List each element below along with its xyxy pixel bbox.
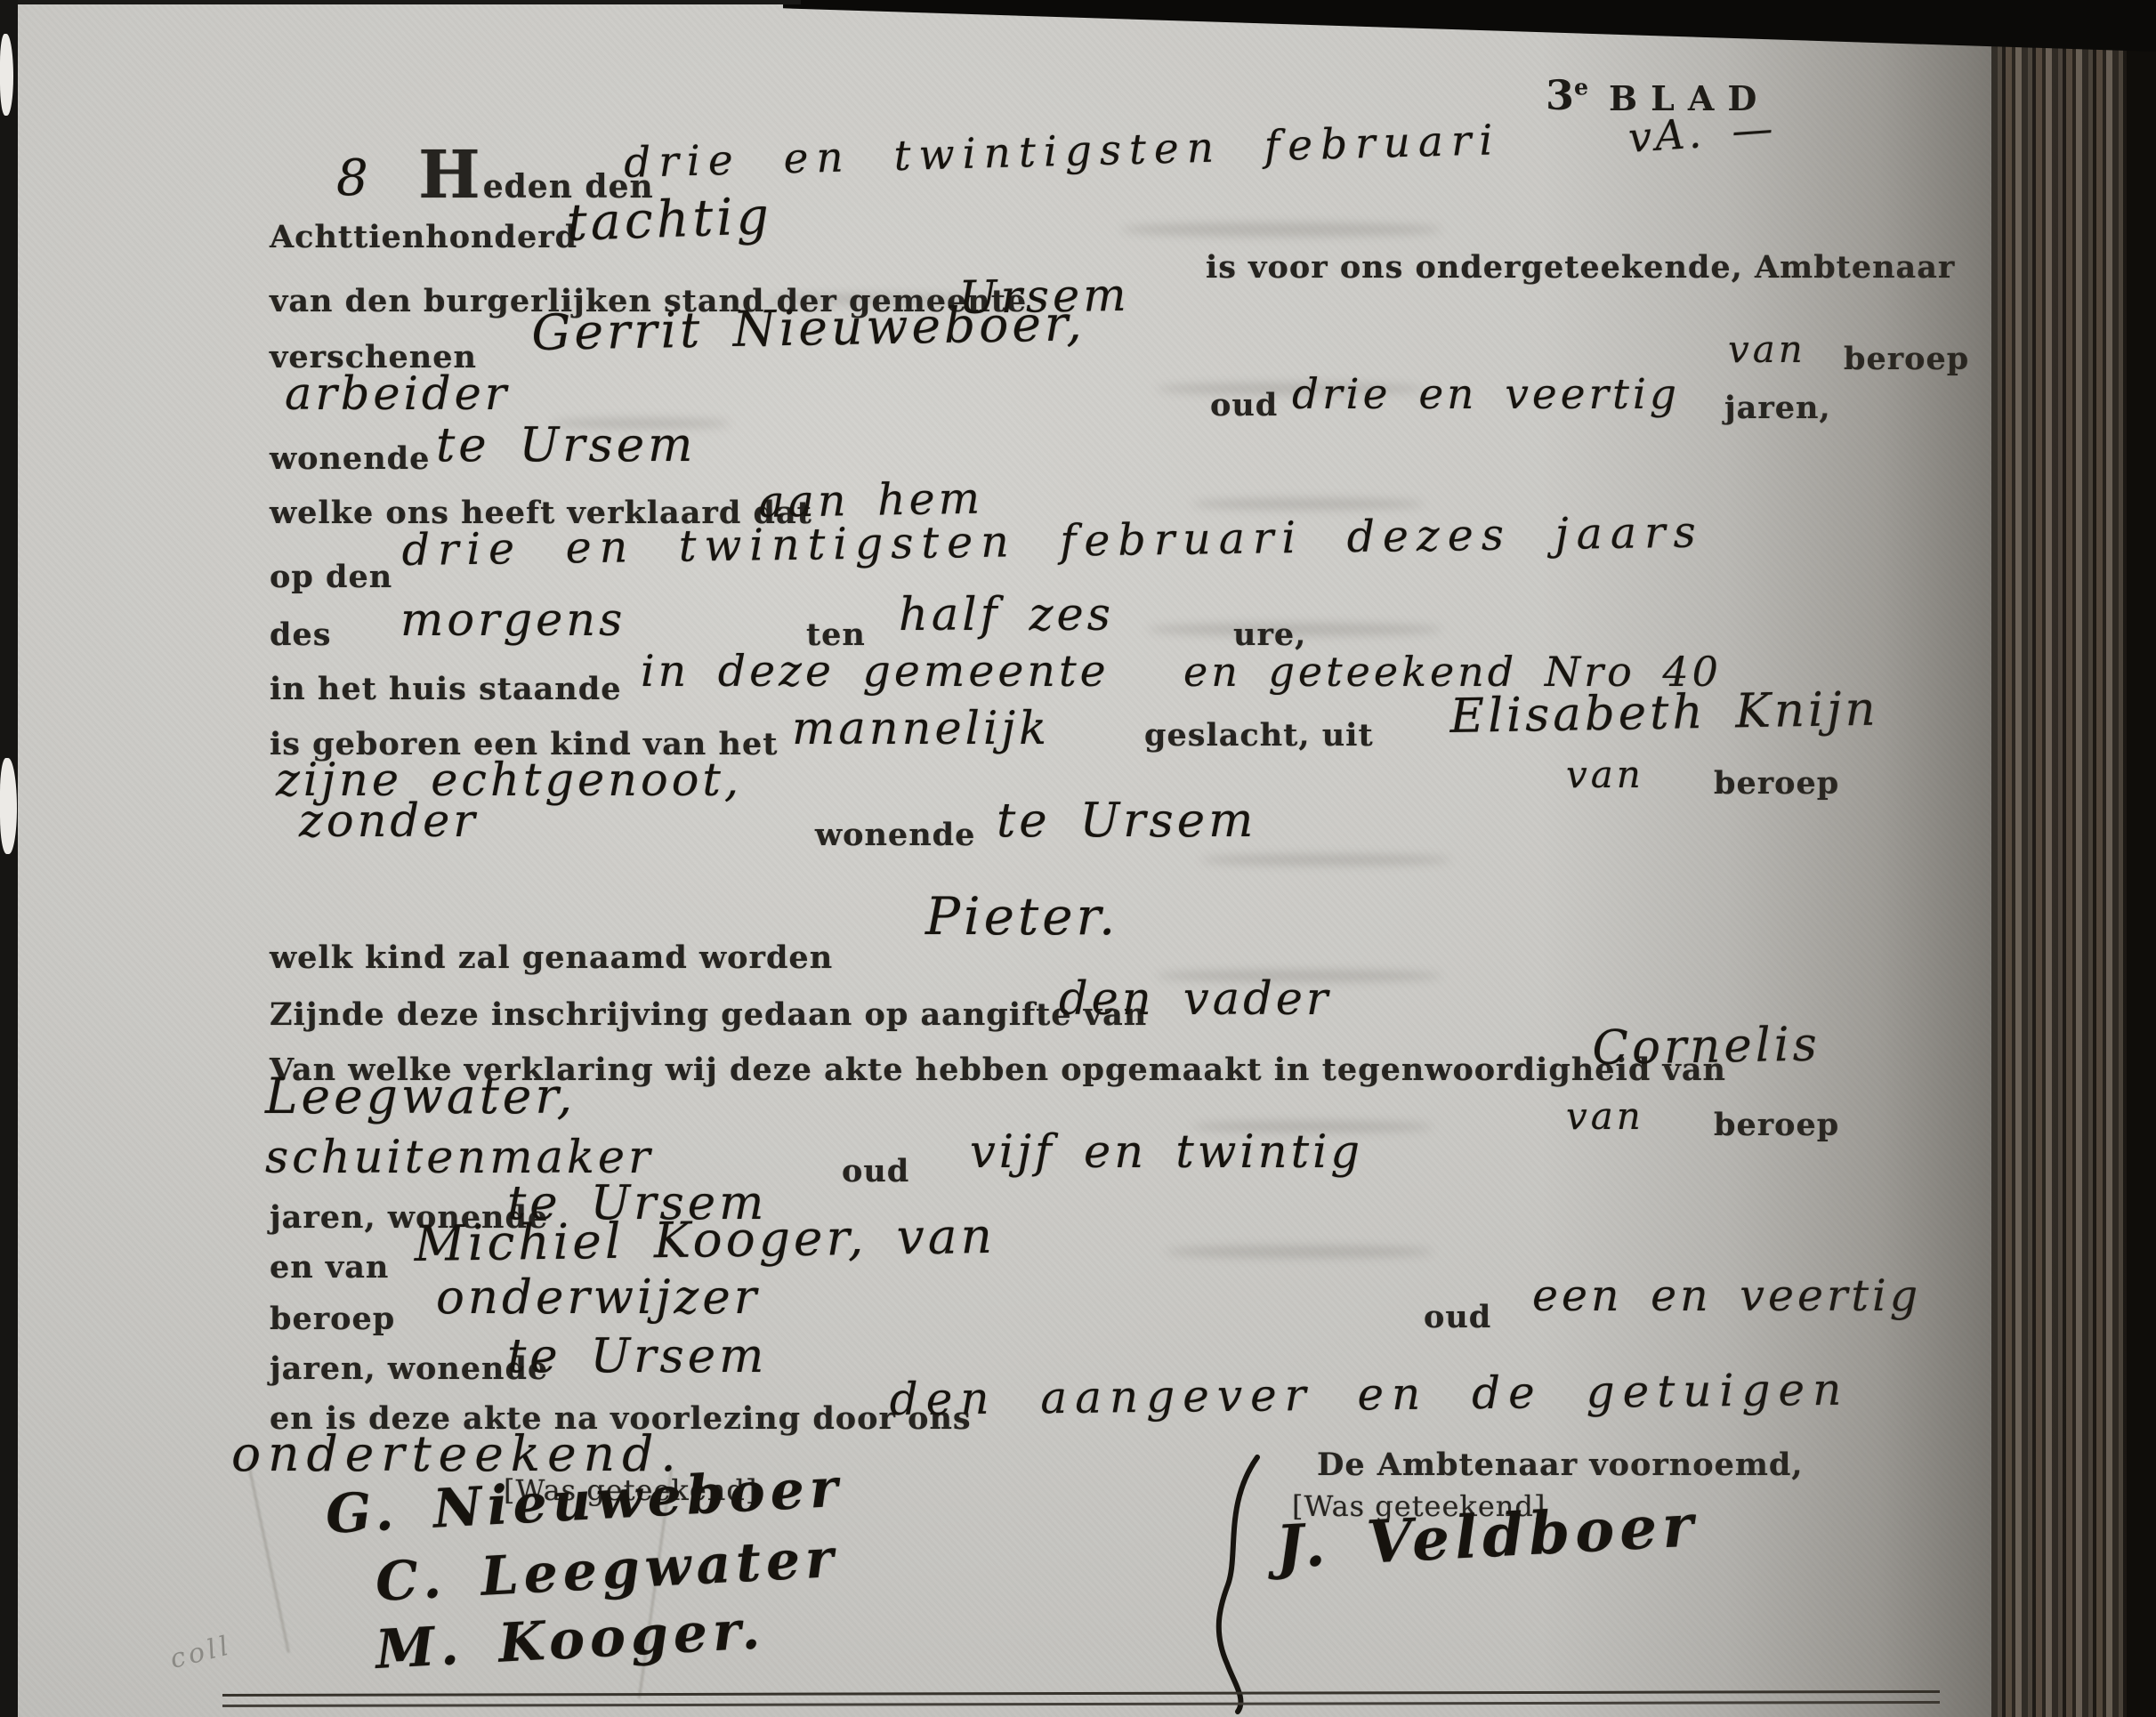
entry-house-location: in deze gemeente — [641, 646, 1110, 697]
entry-declarant-occupation: arbeider — [285, 368, 510, 421]
entry-mother-residence: te Ursem — [997, 794, 1256, 848]
entry-mother-occupation: zonder — [299, 795, 479, 848]
entry-witness2-name: Michiel Kooger, van — [414, 1207, 996, 1272]
entry-declarant-age: drie en veertig — [1292, 370, 1680, 419]
print-beroep: beroep — [1714, 765, 1839, 802]
print-achttienhonderd: Achttienhonderd — [270, 219, 577, 255]
entry-child-gender: mannelijk — [792, 703, 1050, 755]
entry-aangever: den vader — [1059, 973, 1331, 1026]
print-oud: oud — [1210, 387, 1278, 423]
print-wonende: wonende — [815, 817, 975, 853]
entry-declarant-name: Gerrit Nieuweboer, — [531, 294, 1086, 361]
act-number: 8 — [336, 149, 372, 207]
sheet-number-label: 3e — [1546, 71, 1588, 119]
print-geslacht-uit: geslacht, uit — [1144, 717, 1374, 754]
entry-declarant-residence: te Ursem — [436, 418, 696, 472]
entry-van: van — [1566, 1094, 1644, 1138]
print-oud: oud — [842, 1153, 909, 1189]
print-is-voor-ons: is voor ons ondergeteekende, Ambtenaar — [1206, 249, 1955, 286]
print-beroep: beroep — [1844, 341, 1969, 377]
entry-year: tachtig — [566, 187, 773, 253]
entry-witness2-residence: te Ursem — [507, 1329, 767, 1383]
sheet-number: 3 — [1546, 71, 1574, 119]
sheet-ordinal: e — [1574, 74, 1588, 101]
paper-tear — [0, 34, 13, 116]
right-dark-edge — [2127, 0, 2156, 1717]
entry-van: van — [1566, 753, 1644, 796]
signature-brace — [1188, 1452, 1295, 1714]
print-beroep: beroep — [1714, 1107, 1839, 1143]
print-oud: oud — [1424, 1299, 1491, 1335]
entry-daypart: morgens — [400, 594, 626, 647]
print-op-den: op den — [270, 559, 392, 595]
entry-witness2-occupation: onderwijzer — [436, 1270, 760, 1325]
entry-mother-name: Elisabeth Knijn — [1449, 682, 1879, 744]
print-huis-staande: in het huis staande — [270, 671, 622, 707]
print-beroep: beroep — [270, 1301, 395, 1337]
entry-ondertekenaars: den aangever en de getuigen — [889, 1364, 1849, 1425]
entry-witness1-age: vijf en twintig — [970, 1126, 1363, 1179]
print-des: des — [270, 617, 331, 653]
entry-witness2-age: een en veertig — [1532, 1270, 1921, 1321]
left-film-edge — [0, 0, 18, 1717]
print-inschrijving-aangifte: Zijnde deze inschrijving gedaan op aangi… — [270, 996, 1147, 1033]
top-edge-line — [0, 0, 801, 4]
print-kind-genaamd: welk kind zal genaamd worden — [270, 939, 833, 976]
print-wonende: wonende — [270, 440, 430, 477]
official-title: De Ambtenaar voornoemd, — [1317, 1447, 1804, 1483]
print-en-van: en van — [270, 1249, 389, 1286]
entry-child-name: Pieter. — [925, 886, 1118, 947]
paper-tear — [0, 758, 17, 854]
entry-birth-hour: half zes — [899, 589, 1114, 641]
print-jaren: jaren, — [1724, 390, 1831, 426]
entry-witness1-firstname: Cornelis — [1592, 1018, 1821, 1076]
entry-witness1-surname: Leegwater, — [265, 1068, 576, 1125]
entry-van: van — [1728, 327, 1806, 371]
scanned-birth-record-page: 3e BLAD vA. — 8 Heden den drie en twinti… — [0, 0, 2156, 1717]
